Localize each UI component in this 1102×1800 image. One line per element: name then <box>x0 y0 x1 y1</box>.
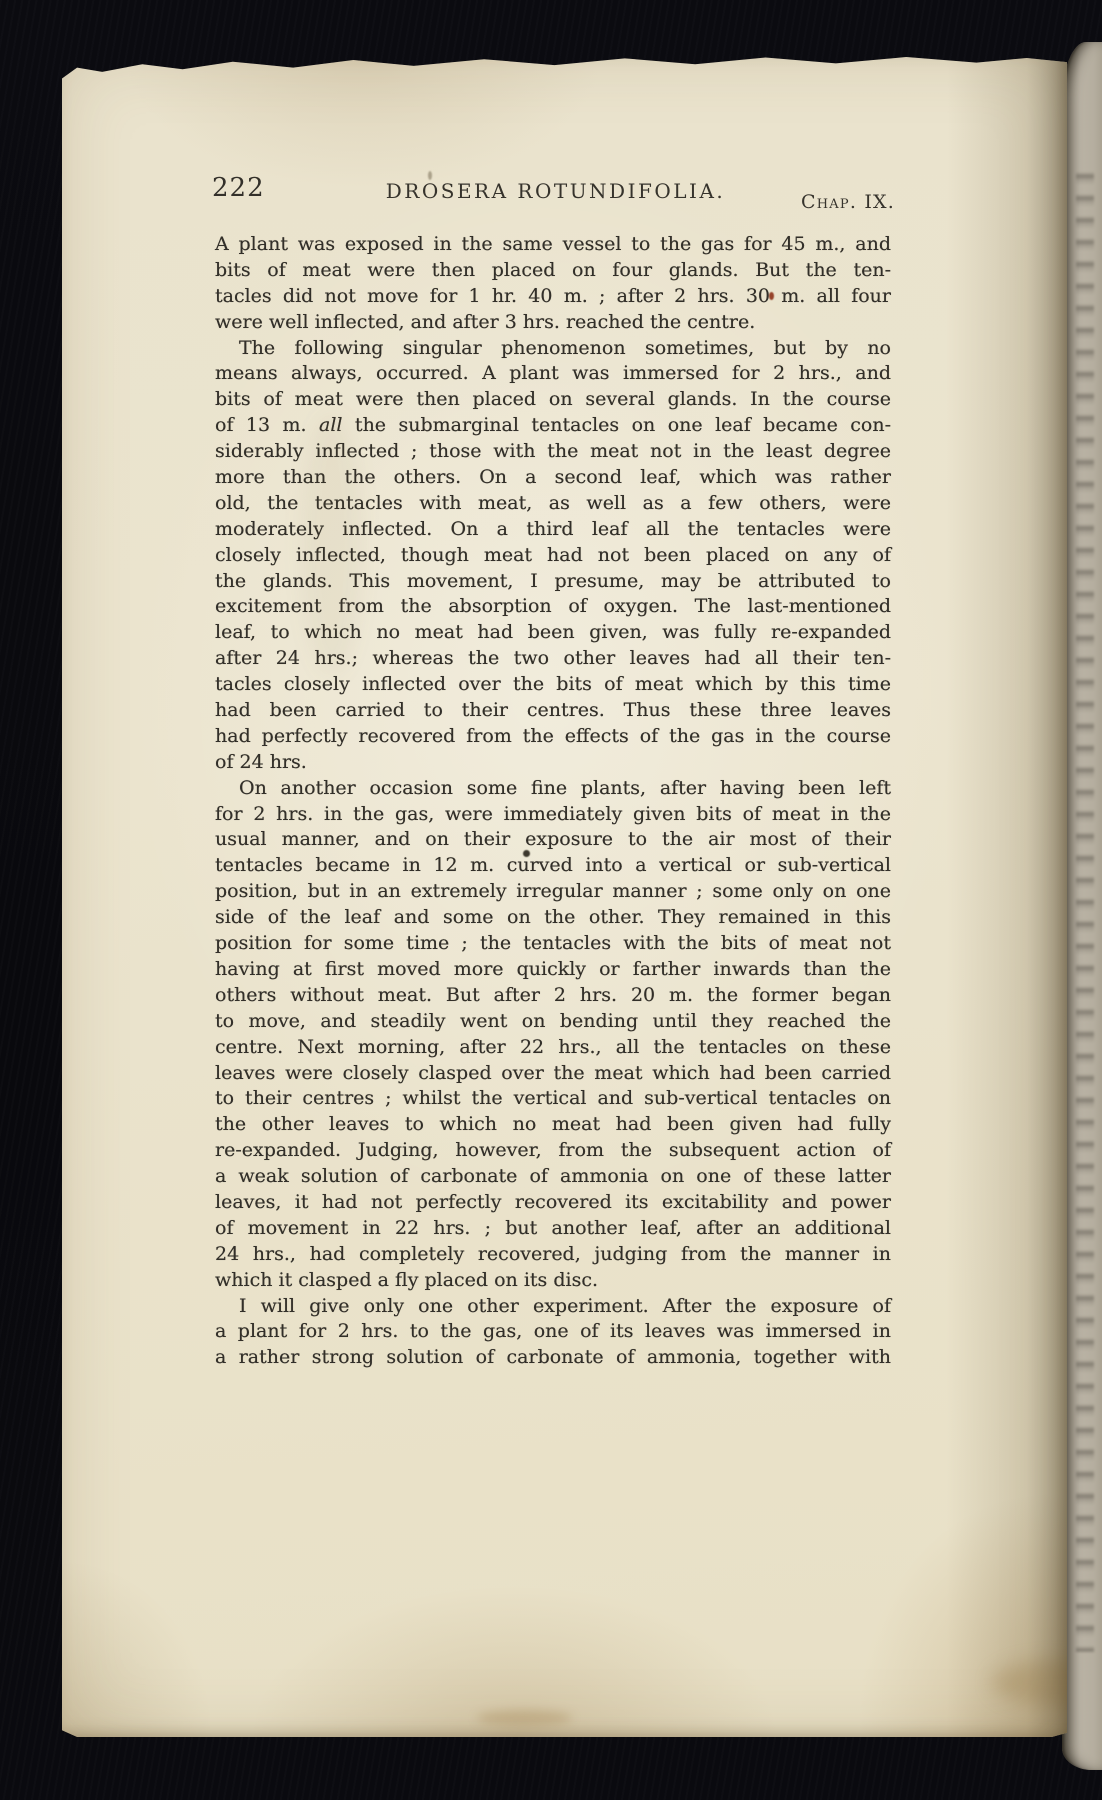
text-line: more than the others. On a second leaf, … <box>215 465 891 491</box>
text-line: of movement in 22 hrs. ; but another lea… <box>215 1216 891 1242</box>
text-line: centre. Next morning, after 22 hrs., all… <box>215 1035 891 1061</box>
text-line: a rather strong solution of carbonate of… <box>215 1345 891 1371</box>
text-line: the other leaves to which no meat had be… <box>215 1112 891 1138</box>
text-line: position, but in an extremely irregular … <box>215 879 891 905</box>
text-line: were well inflected, and after 3 hrs. re… <box>215 310 891 336</box>
running-title: DROSERA ROTUNDIFOLIA. <box>386 179 726 203</box>
text-line: A plant was exposed in the same vessel t… <box>215 232 891 258</box>
text-line: bits of meat were then placed on several… <box>215 387 891 413</box>
page-number: 222 <box>212 173 265 203</box>
text-line: On another occasion some fine plants, af… <box>215 776 891 802</box>
text-line: the glands. This movement, I presume, ma… <box>215 569 891 595</box>
text-line: had perfectly recovered from the effects… <box>215 724 891 750</box>
body-text: A plant was exposed in the same vessel t… <box>215 232 891 1371</box>
text-line: a plant for 2 hrs. to the gas, one of it… <box>215 1319 891 1345</box>
text-line: having at first moved more quickly or fa… <box>215 957 891 983</box>
text-line: closely inflected, though meat had not b… <box>215 543 891 569</box>
text-line: old, the tentacles with meat, as well as… <box>215 491 891 517</box>
text-line: side of the leaf and some on the other. … <box>215 905 891 931</box>
text-line: tacles closely inflected over the bits o… <box>215 672 891 698</box>
text-line: which it clasped a fly placed on its dis… <box>215 1268 891 1294</box>
text-line: bits of meat were then placed on four gl… <box>215 258 891 284</box>
adjacent-page-blurred-text <box>1076 172 1094 1652</box>
text-line: tacles did not move for 1 hr. 40 m. ; af… <box>215 284 891 310</box>
text-line: to their centres ; whilst the vertical a… <box>215 1086 891 1112</box>
text-line: I will give only one other experiment. A… <box>215 1294 891 1320</box>
text-line: others without meat. But after 2 hrs. 20… <box>215 983 891 1009</box>
text-line: 24 hrs., had completely recovered, judgi… <box>215 1242 891 1268</box>
text-line: position for some time ; the tentacles w… <box>215 931 891 957</box>
text-line: usual manner, and on their exposure to t… <box>215 827 891 853</box>
text-line: moderately inflected. On a third leaf al… <box>215 517 891 543</box>
adjacent-page-edge <box>1062 42 1102 1770</box>
text-line: of 13 m. all the submarginal tentacles o… <box>215 413 891 439</box>
book-page: 222 DROSERA ROTUNDIFOLIA. Chap. IX. A pl… <box>62 55 1067 1737</box>
stain-bottom-smudge <box>477 1710 572 1726</box>
text-line: The following singular phenomenon someti… <box>215 336 891 362</box>
text-line: tentacles became in 12 m. curved into a … <box>215 853 891 879</box>
text-line: re-expanded. Judging, however, from the … <box>215 1138 891 1164</box>
text-line: to move, and steadily went on bending un… <box>215 1009 891 1035</box>
text-line: had been carried to their centres. Thus … <box>215 698 891 724</box>
text-line: leaf, to which no meat had been given, w… <box>215 620 891 646</box>
text-line: after 24 hrs.; whereas the two other lea… <box>215 646 891 672</box>
text-line: leaves, it had not perfectly recovered i… <box>215 1190 891 1216</box>
text-line: a weak solution of carbonate of ammonia … <box>215 1164 891 1190</box>
text-line: of 24 hrs. <box>215 750 891 776</box>
text-line: excitement from the absorption of oxygen… <box>215 594 891 620</box>
chapter-label: Chap. IX. <box>801 191 895 213</box>
text-line: means always, occurred. A plant was imme… <box>215 361 891 387</box>
scan-background: 222 DROSERA ROTUNDIFOLIA. Chap. IX. A pl… <box>0 0 1102 1800</box>
text-line: for 2 hrs. in the gas, were immediately … <box>215 802 891 828</box>
text-line: leaves were closely clasped over the mea… <box>215 1061 891 1087</box>
text-line: siderably inflected ; those with the mea… <box>215 439 891 465</box>
